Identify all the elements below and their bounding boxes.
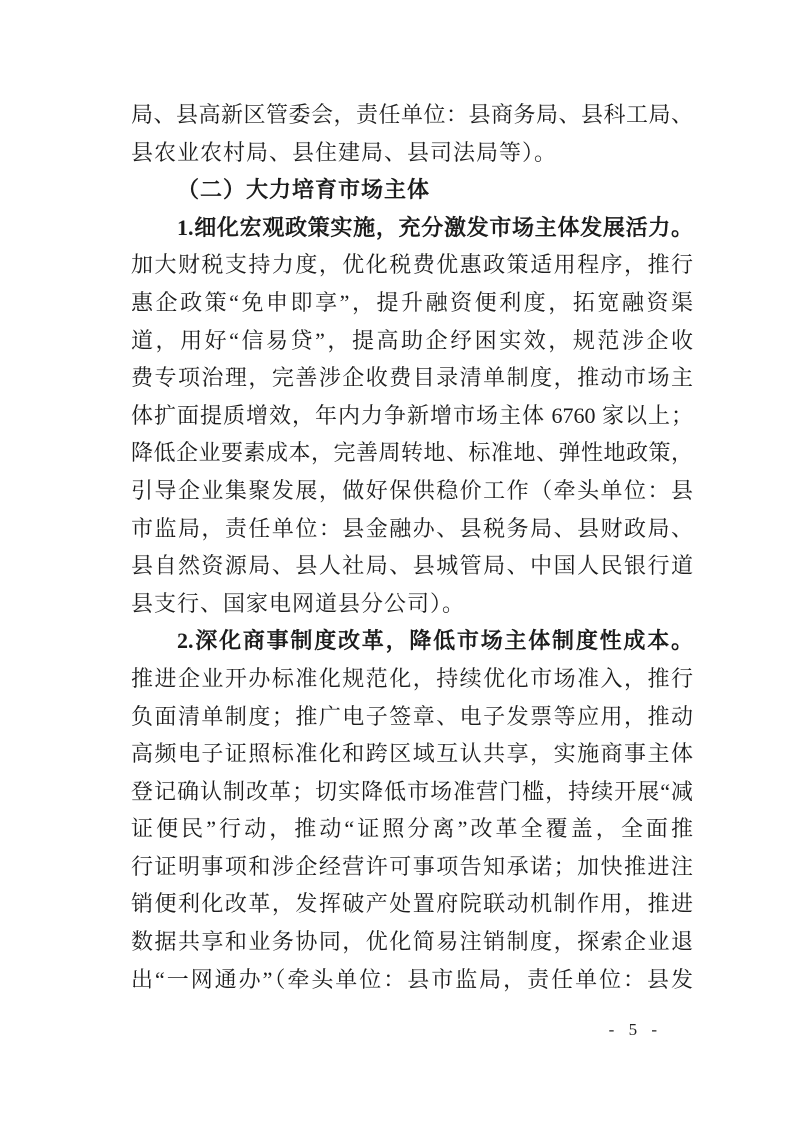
text-line: 县农业农村局、县住建局、县司法局等）。	[131, 134, 693, 172]
document-page: 局、县高新区管委会，责任单位：县商务局、县科工局、县农业农村局、县住建局、县司法…	[0, 0, 793, 1122]
text-line: 高频电子证照标准化和跨区域互认共享，实施商事主体	[131, 735, 693, 773]
heading-line: 2.深化商事制度改革，降低市场主体制度性成本。	[131, 622, 693, 660]
text-line: 推进企业开办标准化规范化，持续优化市场准入，推行	[131, 660, 693, 698]
text-line: 出“一网通办”（牵头单位：县市监局，责任单位：县发	[131, 961, 693, 999]
text-line: 登记确认制改革；切实降低市场准营门槛，持续开展“减	[131, 773, 693, 811]
text-line: 销便利化改革，发挥破产处置府院联动机制作用，推进	[131, 885, 693, 923]
text-block: 局、县高新区管委会，责任单位：县商务局、县科工局、县农业农村局、县住建局、县司法…	[131, 96, 693, 998]
text-line: 市监局，责任单位：县金融办、县税务局、县财政局、	[131, 510, 693, 548]
text-line: 县支行、国家电网道县分公司）。	[131, 585, 693, 623]
text-line: 惠企政策“免申即享”，提升融资便利度，拓宽融资渠	[131, 284, 693, 322]
text-line: 费专项治理，完善涉企收费目录清单制度，推动市场主	[131, 359, 693, 397]
text-line: 证便民”行动，推动“证照分离”改革全覆盖，全面推	[131, 810, 693, 848]
text-line: 降低企业要素成本，完善周转地、标准地、弹性地政策，	[131, 434, 693, 472]
page-number: - 5 -	[609, 1018, 662, 1042]
text-line: 加大财税支持力度，优化税费优惠政策适用程序，推行	[131, 246, 693, 284]
text-line: 体扩面提质增效，年内力争新增市场主体 6760 家以上；	[131, 397, 693, 435]
text-line: 行证明事项和涉企经营许可事项告知承诺；加快推进注	[131, 848, 693, 886]
text-line: 引导企业集聚发展，做好保供稳价工作（牵头单位：县	[131, 472, 693, 510]
heading-line: 1.细化宏观政策实施，充分激发市场主体发展活力。	[131, 209, 693, 247]
text-line: 局、县高新区管委会，责任单位：县商务局、县科工局、	[131, 96, 693, 134]
text-line: 负面清单制度；推广电子签章、电子发票等应用，推动	[131, 698, 693, 736]
heading-line: （二）大力培育市场主体	[131, 171, 693, 209]
text-line: 数据共享和业务协同，优化简易注销制度，探索企业退	[131, 923, 693, 961]
text-line: 道，用好“信易贷”，提高助企纾困实效，规范涉企收	[131, 322, 693, 360]
text-line: 县自然资源局、县人社局、县城管局、中国人民银行道	[131, 547, 693, 585]
